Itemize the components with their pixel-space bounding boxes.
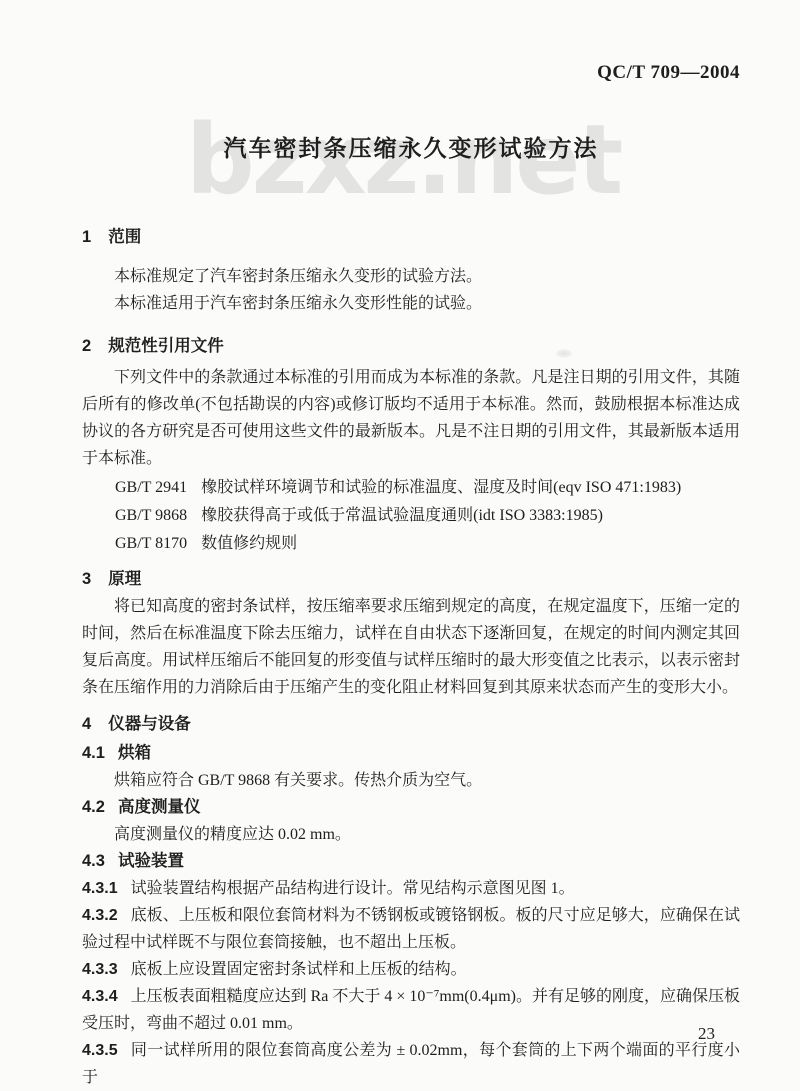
clause-number: 4.3.3 <box>82 961 118 978</box>
doc-number: QC/T 709—2004 <box>82 0 740 84</box>
clause-text: 上压板表面粗糙度应达到 Ra 不大于 4 × 10⁻⁷mm(0.4μm)。并有足… <box>82 988 740 1032</box>
subsection-4-1-label: 烘箱 <box>118 744 151 762</box>
section-4-number: 4 <box>82 715 91 733</box>
clause-number: 4.3.5 <box>82 1042 118 1059</box>
reference-row: GB/T 8170数值修约规则 <box>115 530 740 558</box>
section-3-label: 原理 <box>108 570 141 588</box>
subsection-4-1-heading: 4.1烘箱 <box>82 740 740 767</box>
clause-4-3-4: 4.3.4上压板表面粗糙度应达到 Ra 不大于 4 × 10⁻⁷mm(0.4μm… <box>82 983 740 1037</box>
section-3-heading: 3原理 <box>82 566 740 593</box>
clause-4-3-1: 4.3.1试验装置结构根据产品结构进行设计。常见结构示意图见图 1。 <box>82 875 740 902</box>
paragraph: 本标准适用于汽车密封条压缩永久变形性能的试验。 <box>82 290 740 317</box>
document-page: bzxz.net QC/T 709—2004 汽车密封条压缩永久变形试验方法 1… <box>0 0 800 1091</box>
subsection-4-2-label: 高度测量仪 <box>118 798 201 816</box>
section-1-label: 范围 <box>108 228 141 246</box>
subsection-4-3-heading: 4.3试验装置 <box>82 848 740 875</box>
page-number: 23 <box>698 1024 715 1044</box>
clause-text: 底板、上压板和限位套筒材料为不锈钢板或镀铬钢板。板的尺寸应足够大，应确保在试验过… <box>82 907 740 951</box>
paragraph: 本标准规定了汽车密封条压缩永久变形的试验方法。 <box>82 263 740 290</box>
reference-title: 橡胶获得高于或低于常温试验温度通则(idt ISO 3383:1985) <box>201 507 603 524</box>
section-1-heading: 1范围 <box>82 224 740 251</box>
doc-title: 汽车密封条压缩永久变形试验方法 <box>82 134 740 162</box>
section-2-number: 2 <box>82 337 91 355</box>
reference-row: GB/T 9868橡胶获得高于或低于常温试验温度通则(idt ISO 3383:… <box>115 502 740 530</box>
clause-text: 试验装置结构根据产品结构进行设计。常见结构示意图见图 1。 <box>131 880 575 897</box>
section-1-body: 本标准规定了汽车密封条压缩永久变形的试验方法。 本标准适用于汽车密封条压缩永久变… <box>82 263 740 317</box>
subsection-4-1-number: 4.1 <box>82 744 105 762</box>
paragraph: 烘箱应符合 GB/T 9868 有关要求。传热介质为空气。 <box>82 767 740 794</box>
clause-4-3-2: 4.3.2底板、上压板和限位套筒材料为不锈钢板或镀铬钢板。板的尺寸应足够大，应确… <box>82 902 740 956</box>
clause-4-3-3: 4.3.3底板上应设置固定密封条试样和上压板的结构。 <box>82 956 740 983</box>
clause-4-3-5: 4.3.5同一试样所用的限位套筒高度公差为 ± 0.02mm，每个套筒的上下两个… <box>82 1037 740 1091</box>
clause-number: 4.3.1 <box>82 880 118 897</box>
reference-row: GB/T 2941橡胶试样环境调节和试验的标准温度、湿度及时间(eqv ISO … <box>115 474 740 502</box>
section-1-number: 1 <box>82 228 91 246</box>
section-2-label: 规范性引用文件 <box>108 337 224 355</box>
reference-code: GB/T 8170 <box>115 535 187 552</box>
section-2-heading: 2规范性引用文件 <box>82 333 740 360</box>
clause-text: 同一试样所用的限位套筒高度公差为 ± 0.02mm，每个套筒的上下两个端面的平行… <box>82 1042 740 1086</box>
paragraph: 将已知高度的密封条试样，按压缩率要求压缩到规定的高度，在规定温度下，压缩一定的时… <box>82 593 740 701</box>
subsection-4-2-number: 4.2 <box>82 798 105 816</box>
clause-number: 4.3.4 <box>82 988 118 1005</box>
reference-title: 橡胶试样环境调节和试验的标准温度、湿度及时间(eqv ISO 471:1983) <box>201 479 681 496</box>
clause-text: 底板上应设置固定密封条试样和上压板的结构。 <box>131 961 467 978</box>
reference-code: GB/T 2941 <box>115 479 187 496</box>
page-content: QC/T 709—2004 汽车密封条压缩永久变形试验方法 1范围 本标准规定了… <box>82 0 740 1091</box>
section-4-heading: 4仪器与设备 <box>82 711 740 738</box>
subsection-4-3-number: 4.3 <box>82 852 105 870</box>
reference-list: GB/T 2941橡胶试样环境调节和试验的标准温度、湿度及时间(eqv ISO … <box>82 474 740 558</box>
paragraph: 高度测量仪的精度应达 0.02 mm。 <box>82 821 740 848</box>
subsection-4-2-heading: 4.2高度测量仪 <box>82 794 740 821</box>
paragraph: 下列文件中的条款通过本标准的引用而成为本标准的条款。凡是注日期的引用文件，其随后… <box>82 364 740 472</box>
reference-title: 数值修约规则 <box>201 535 297 552</box>
section-4-label: 仪器与设备 <box>108 715 191 733</box>
subsection-4-3-label: 试验装置 <box>118 852 184 870</box>
reference-code: GB/T 9868 <box>115 507 187 524</box>
clause-number: 4.3.2 <box>82 907 118 924</box>
section-3-number: 3 <box>82 570 91 588</box>
